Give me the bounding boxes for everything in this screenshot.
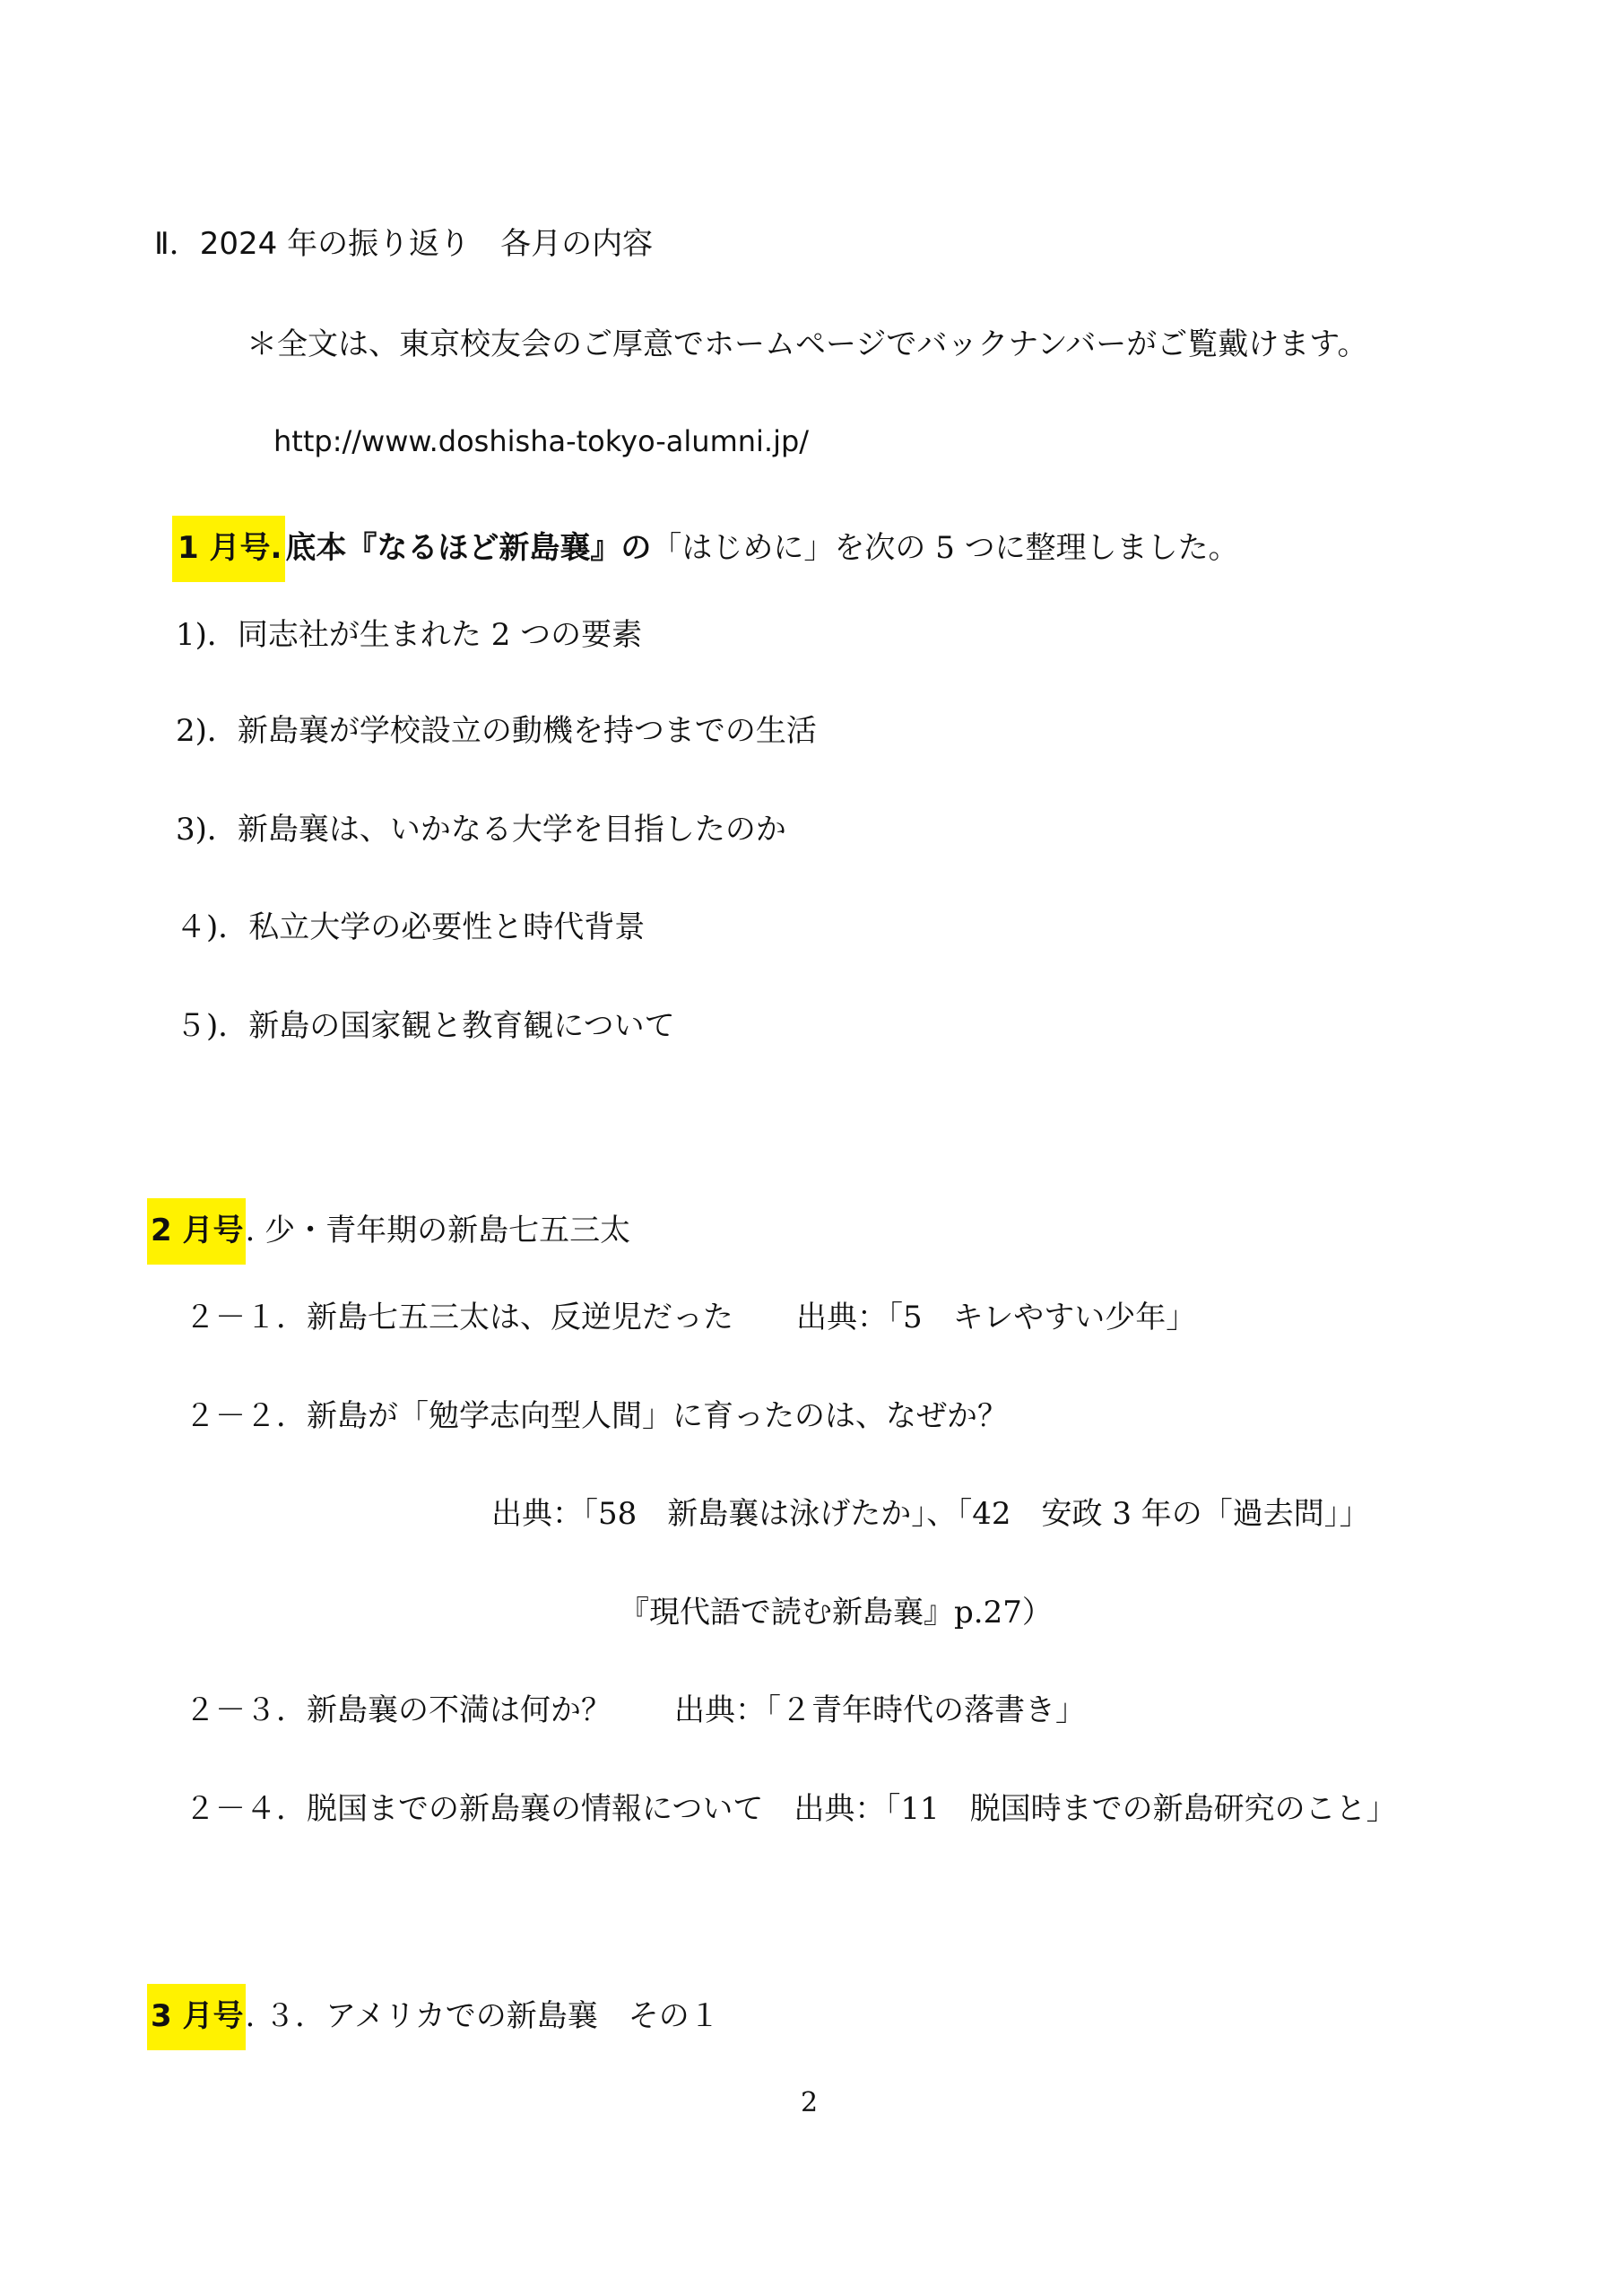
january-heading: 1 月号.底本『なるほど新島襄』の「はじめに」を次の 5 つに整理しました。: [172, 516, 1239, 582]
january-item: 3)．新島襄は、いかなる大学を目指したのか: [176, 810, 786, 849]
january-item: 2)．新島襄が学校設立の動機を持つまでの生活: [176, 711, 817, 751]
february-heading: 2 月号. 少・青年期の新島七五三太: [147, 1198, 630, 1265]
february-item: ２－１．新島七五三太は、反逆児だった出典：｢5 キレやすい少年｣: [185, 1298, 1181, 1337]
page-number: 2: [801, 2087, 818, 2118]
alumni-url-link[interactable]: http://www.doshisha-tokyo-alumni.jp/: [273, 422, 809, 461]
january-label: 1 月号.: [172, 516, 285, 582]
source-citation: 『現代語で読む新島襄』p.27）: [619, 1593, 1053, 1632]
backnumber-note: ＊全文は、東京校友会のご厚意でホームページでバックナンバーがご覧戴けます。: [247, 325, 1368, 364]
section-heading: Ⅱ．2024 年の振り返り 各月の内容: [154, 224, 653, 264]
march-title: . ３．アメリカでの新島襄 その１: [246, 1998, 720, 2034]
source-citation: 出典：｢２青年時代の落書き｣: [674, 1692, 1071, 1728]
february-label: 2 月号: [147, 1198, 246, 1265]
january-item: ４)．私立大学の必要性と時代背景: [176, 908, 645, 947]
january-item: 1)．同志社が生まれた 2 つの要素: [176, 615, 642, 655]
february-item: ２－３．新島襄の不満は何か？出典：｢２青年時代の落書き｣: [185, 1691, 1071, 1730]
january-title-rest: 「はじめに」を次の 5 つに整理しました。: [651, 530, 1238, 566]
march-label: 3 月号: [147, 1984, 246, 2050]
january-item: ５)．新島の国家観と教育観について: [176, 1006, 675, 1046]
january-title-bold: 底本『なるほど新島襄』の: [285, 530, 651, 566]
february-title: . 少・青年期の新島七五三太: [246, 1213, 631, 1248]
source-citation: 出典：｢11 脱国時までの新島研究のこと｣: [794, 1791, 1381, 1827]
march-heading: 3 月号. ３．アメリカでの新島襄 その１: [147, 1984, 720, 2050]
february-item: ２－２．新島が「勉学志向型人間」に育ったのは、なぜか？: [185, 1396, 1008, 1436]
source-citation: 出典：｢5 キレやすい少年｣: [796, 1300, 1181, 1335]
source-citation: 出典：｢58 新島襄は泳げたか｣、｢42 安政 3 年の「過去問」｣: [491, 1494, 1355, 1534]
february-item: ２－４．脱国までの新島襄の情報について出典：｢11 脱国時までの新島研究のこと｣: [185, 1789, 1382, 1829]
